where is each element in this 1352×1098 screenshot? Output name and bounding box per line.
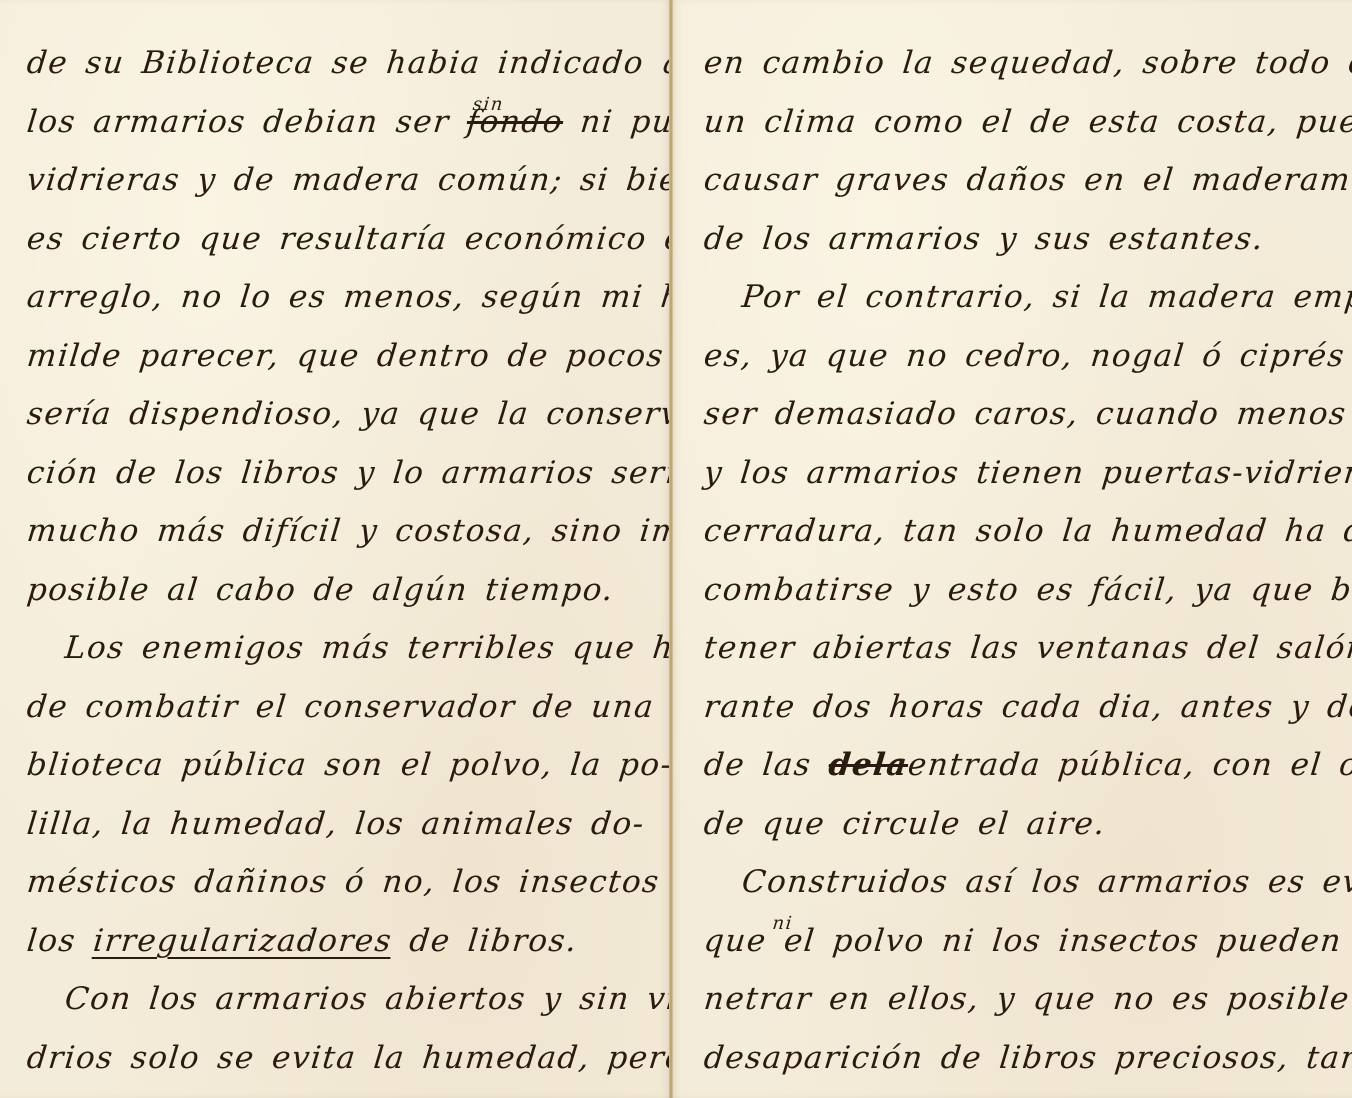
text-line-with-underline: los irregularizadores de libros. (24, 912, 657, 971)
text-line: es, ya que no cedro, nogal ó ciprés por (701, 327, 1338, 386)
text-line: de su Biblioteca se habia indicado que (24, 34, 657, 93)
text-fragment: el polvo ni los insectos pueden pe- (782, 923, 1352, 959)
text-line-with-correction: los armarios debian ser sinfondo ni puer… (24, 93, 657, 152)
text-fragment: de libros. (408, 923, 580, 959)
text-line: de que circule el aire. (701, 795, 1338, 854)
text-line: blioteca pública son el polvo, la po- (24, 736, 657, 795)
paragraph-start-line: Con los armarios abiertos y sin vi- (24, 970, 657, 1029)
text-fragment: que (702, 923, 768, 959)
underlined-word: irregularizadores (92, 923, 395, 959)
text-line: cerradura, tan solo la humedad ha de (701, 502, 1338, 561)
paragraph-start-line: Por el contrario, si la madera empleada (701, 268, 1338, 327)
text-line-with-insertion: queni el polvo ni los insectos pueden pe… (701, 912, 1338, 971)
text-fragment: de las (702, 747, 813, 783)
text-line: sería dispendioso, ya que la conserva- (24, 385, 657, 444)
text-line: causar graves daños en el maderamen (701, 151, 1338, 210)
right-page: en cambio la sequedad, sobre todo en un … (671, 0, 1352, 1098)
text-line: posible al cabo de algún tiempo. (24, 561, 657, 620)
text-line: desaparición de libros preciosos, tan pe… (701, 1029, 1338, 1088)
text-line: en cambio la sequedad, sobre todo en (701, 34, 1338, 93)
book-gutter (669, 0, 673, 1098)
text-line: de combatir el conservador de una bi- (24, 678, 657, 737)
text-line: netrar en ellos, y que no es posible la (701, 970, 1338, 1029)
text-line: de los armarios y sus estantes. (701, 210, 1338, 269)
text-line: mésticos dañinos ó no, los insectos y...… (24, 853, 657, 912)
text-fragment: los (25, 923, 78, 959)
text-fragment: los armarios debian ser (25, 104, 451, 140)
text-line: ser demasiado caros, cuando menos la tea… (701, 385, 1338, 444)
text-line: es cierto que resultaría económico este (24, 210, 657, 269)
text-line: milde parecer, que dentro de pocos años (24, 327, 657, 386)
struck-word: dela (827, 747, 910, 783)
left-page: de su Biblioteca se habia indicado que l… (0, 0, 671, 1098)
text-line: un clima como el de esta costa, puede (701, 93, 1338, 152)
paragraph-start-line: Los enemigos más terribles que ha (24, 619, 657, 678)
text-line: mucho más difícil y costosa, sino im- (24, 502, 657, 561)
text-line: combatirse y esto es fácil, ya que basta (701, 561, 1338, 620)
text-line-with-strike: de las delaentrada pública, con el objet… (701, 736, 1338, 795)
text-line: drios solo se evita la humedad, pero (24, 1029, 657, 1088)
text-line: vidrieras y de madera común; si bien (24, 151, 657, 210)
text-fragment: entrada pública, con el objeto (906, 747, 1352, 783)
paragraph-start-line: Construidos así los armarios es evidente (701, 853, 1338, 912)
manuscript-spread: de su Biblioteca se habia indicado que l… (0, 0, 1352, 1098)
text-line: tener abiertas las ventanas del salón du… (701, 619, 1338, 678)
text-line: rante dos horas cada dia, antes y despue… (701, 678, 1338, 737)
text-line: lilla, la humedad, los animales do- (24, 795, 657, 854)
text-line: ción de los libros y lo armarios sería (24, 444, 657, 503)
text-line: arreglo, no lo es menos, según mi hu- (24, 268, 657, 327)
text-line: y los armarios tienen puertas-vidrieras … (701, 444, 1338, 503)
